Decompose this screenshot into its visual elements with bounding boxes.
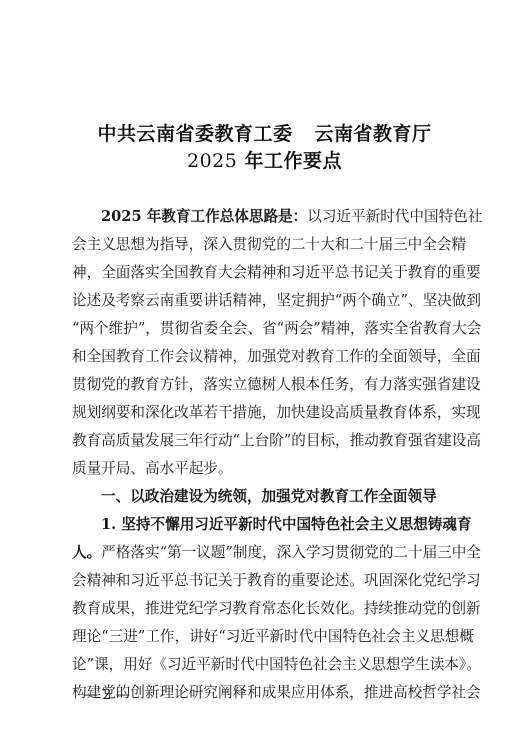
item-1-line-2: 会精神和习近平总书记关于教育的重要论述。巩固深化党纪学习: [72, 567, 463, 595]
intro-line-3: 神，全面落实全国教育大会精神和习近平总书记关于教育的重要: [72, 259, 463, 287]
item-1-line-5: 论”课，用好《习近平新时代中国特色社会主义思想学生读本》。: [72, 651, 463, 679]
document-page: 中共云南省委教育工委云南省教育厅 2025 年工作要点 2025 年教育工作总体…: [0, 0, 529, 746]
document-body: 2025 年教育工作总体思路是：以习近平新时代中国特色社 会主义思想为指导，深入…: [72, 203, 463, 707]
intro-line-7: 贯彻党的教育方针，落实立德树人根本任务，有力落实强省建设: [72, 371, 463, 399]
title-year: 2025: [187, 150, 237, 172]
document-title-line-1: 中共云南省委教育工委云南省教育厅: [0, 119, 529, 146]
intro-line-2: 会主义思想为指导，深入贯彻党的二十大和二十届三中全会精: [72, 231, 463, 259]
issuer-party-committee: 中共云南省委教育工委: [97, 123, 292, 145]
item-1-heading: 1. 坚持不懈用习近平新时代中国特色社会主义思想铸魂育: [72, 511, 463, 539]
page-number: — 2 —: [84, 687, 130, 703]
item-1-line-3: 教育成果，推进党纪学习教育常态化长效化。持续推动党的创新: [72, 595, 463, 623]
intro-lead: 2025 年教育工作总体思路是：: [101, 208, 307, 225]
intro-line-10: 质量开局、高水平起步。: [72, 455, 463, 483]
intro-line-8: 规划纲要和深化改革若干措施，加快建设高质量教育体系，实现: [72, 399, 463, 427]
item-1-line-6: 构建党的创新理论研究阐释和成果应用体系，推进高校哲学社会: [72, 679, 463, 707]
item-1-line-1: 人。严格落实“第一议题”制度，深入学习贯彻党的二十届三中全: [72, 539, 463, 567]
intro-line-5: “两个维护”，贯彻省委全会、省“两会”精神，落实全省教育大会: [72, 315, 463, 343]
intro-line-4: 论述及考察云南重要讲话精神，坚定拥护“两个确立”、坚决做到: [72, 287, 463, 315]
intro-line-1: 2025 年教育工作总体思路是：以习近平新时代中国特色社: [72, 203, 463, 231]
intro-line-9: 教育高质量发展三年行动“上台阶”的目标，推动教育强省建设高: [72, 427, 463, 455]
issuer-education-department: 云南省教育厅: [315, 123, 432, 145]
document-title-line-2: 2025 年工作要点: [0, 146, 529, 173]
item-1-line-4: 理论“三进”工作，讲好“习近平新时代中国特色社会主义思想概: [72, 623, 463, 651]
section-heading-1: 一、以政治建设为统领，加强党对教育工作全面领导: [72, 483, 463, 511]
title-text: 年工作要点: [237, 150, 342, 172]
intro-line-6: 和全国教育工作会议精神，加强党对教育工作的全面领导，全面: [72, 343, 463, 371]
